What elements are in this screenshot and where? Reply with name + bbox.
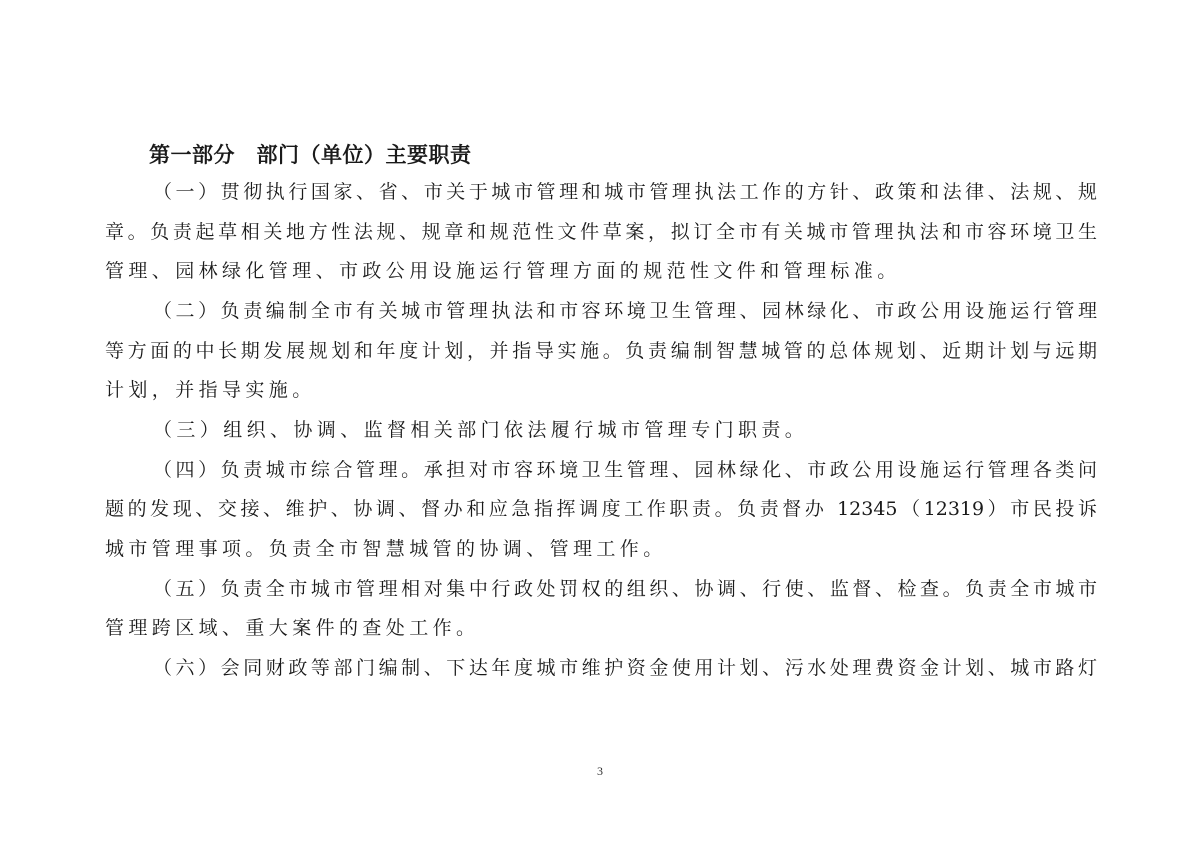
paragraph-1-line-3: 管理、园林绿化管理、市政公用设施运行管理方面的规范性文件和管理标准。 (105, 258, 1097, 284)
paragraph-2-line-1: （二）负责编制全市有关城市管理执法和市容环境卫生管理、园林绿化、市政公用设施运行… (153, 298, 1097, 324)
paragraph-1-line-1: （一）贯彻执行国家、省、市关于城市管理和城市管理执法工作的方针、政策和法律、法规… (153, 179, 1097, 205)
paragraph-6-line-1: （六）会同财政等部门编制、下达年度城市维护资金使用计划、污水处理费资金计划、城市… (153, 655, 1097, 681)
paragraph-2-line-3: 计划，并指导实施。 (105, 377, 1097, 403)
paragraph-1-line-2: 章。负责起草相关地方性法规、规章和规范性文件草案，拟订全市有关城市管理执法和市容… (105, 219, 1097, 245)
document-page: 第一部分 部门（单位）主要职责 （一）贯彻执行国家、省、市关于城市管理和城市管理… (0, 0, 1200, 848)
paragraph-4-line-2: 题的发现、交接、维护、协调、督办和应急指挥调度工作职责。负责督办 12345（1… (105, 496, 1097, 522)
paragraph-4-line-1: （四）负责城市综合管理。承担对市容环境卫生管理、园林绿化、市政公用设施运行管理各… (153, 457, 1097, 483)
paragraph-5-line-2: 管理跨区域、重大案件的查处工作。 (105, 615, 1097, 641)
page-number: 3 (0, 764, 1200, 779)
section-heading: 第一部分 部门（单位）主要职责 (149, 139, 472, 169)
paragraph-4-line-3: 城市管理事项。负责全市智慧城管的协调、管理工作。 (105, 536, 1097, 562)
paragraph-2-line-2: 等方面的中长期发展规划和年度计划，并指导实施。负责编制智慧城管的总体规划、近期计… (105, 338, 1097, 364)
paragraph-5-line-1: （五）负责全市城市管理相对集中行政处罚权的组织、协调、行使、监督、检查。负责全市… (153, 576, 1097, 602)
paragraph-3-line-1: （三）组织、协调、监督相关部门依法履行城市管理专门职责。 (153, 417, 1097, 443)
